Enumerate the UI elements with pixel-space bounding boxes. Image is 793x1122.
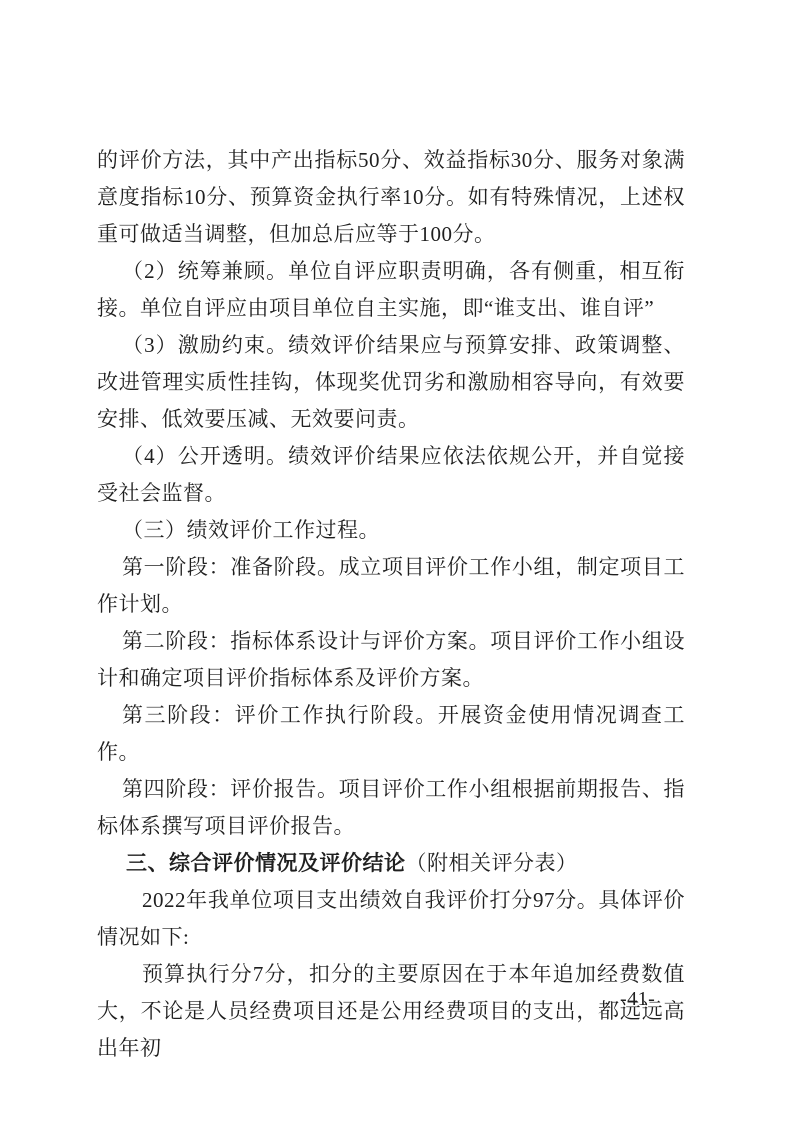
paragraph-principle-2-coordination: （2）统筹兼顾。单位自评应职责明确，各有侧重，相互衔接。单位自评应由项目单位自主… (97, 253, 685, 327)
section-3-heading-title: 三、综合评价情况及评价结论 (126, 851, 406, 875)
paragraph-subsection-evaluation-process: （三）绩效评价工作过程。 (97, 512, 685, 549)
document-body: 的评价方法，其中产出指标50分、效益指标30分、服务对象满意度指标10分、预算资… (97, 142, 685, 1067)
paragraph-stage-3-execution: 第三阶段：评价工作执行阶段。开展资金使用情况调查工作。 (97, 697, 685, 771)
paragraph-overall-score-2022: 2022年我单位项目支出绩效自我评价打分97分。具体评价情况如下: (97, 882, 685, 956)
section-3-heading: 三、综合评价情况及评价结论（附相关评分表） (97, 845, 685, 882)
paragraph-principle-4-transparency: （4）公开透明。绩效评价结果应依法依规公开，并自觉接受社会监督。 (97, 438, 685, 512)
paragraph-stage-1-preparation: 第一阶段：准备阶段。成立项目评价工作小组，制定项目工作计划。 (97, 549, 685, 623)
paragraph-stage-4-report: 第四阶段：评价报告。项目评价工作小组根据前期报告、指标体系撰写项目评价报告。 (97, 771, 685, 845)
paragraph-scoring-method-continuation: 的评价方法，其中产出指标50分、效益指标30分、服务对象满意度指标10分、预算资… (97, 142, 685, 253)
paragraph-budget-execution-score: 预算执行分7分，扣分的主要原因在于本年追加经费数值大，不论是人员经费项目还是公用… (97, 956, 685, 1067)
paragraph-principle-3-incentive: （3）激励约束。绩效评价结果应与预算安排、政策调整、改进管理实质性挂钩，体现奖优… (97, 327, 685, 438)
page-number: -41- (620, 988, 655, 1010)
section-3-heading-note: （附相关评分表） (406, 851, 578, 875)
document-page: 的评价方法，其中产出指标50分、效益指标30分、服务对象满意度指标10分、预算资… (0, 0, 793, 1122)
paragraph-stage-2-indicator-design: 第二阶段：指标体系设计与评价方案。项目评价工作小组设计和确定项目评价指标体系及评… (97, 623, 685, 697)
